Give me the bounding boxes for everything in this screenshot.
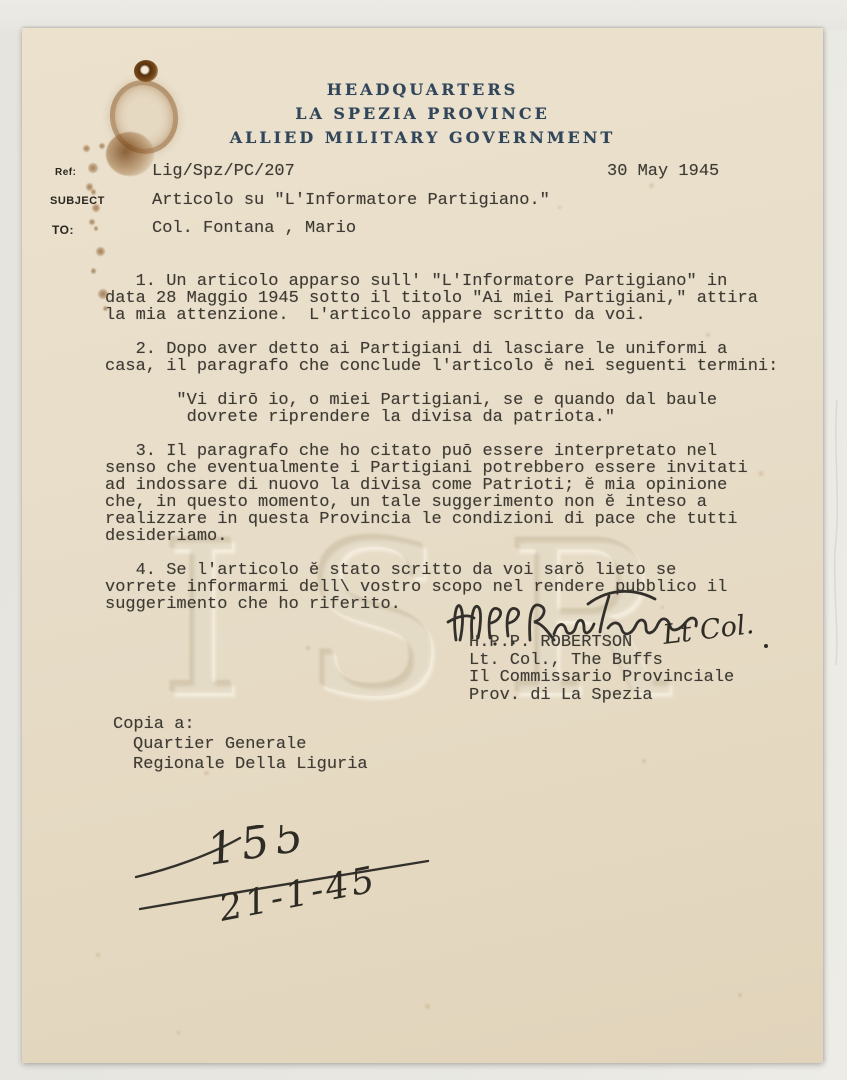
letterhead-line-3: ALLIED MILITARY GOVERNMENT: [22, 126, 823, 150]
archival-note: 155 21-1-45: [122, 825, 462, 945]
signer-office: Prov. di La Spezia: [469, 687, 734, 705]
letter-body: 1. Un articolo apparso sull' "L'Informat…: [105, 273, 805, 630]
backing-sheet-pencil-marks: [829, 390, 845, 670]
signer-title: Il Commissario Provinciale: [469, 669, 734, 687]
body-paragraph-2: 2. Dopo aver detto ai Partigiani di lasc…: [105, 341, 805, 375]
letterhead: HEADQUARTERS LA SPEZIA PROVINCE ALLIED M…: [22, 78, 823, 150]
body-paragraph-1: 1. Un articolo apparso sull' "L'Informat…: [105, 273, 805, 324]
date-value: 30 May 1945: [607, 163, 719, 180]
subject-row: SUBJECT Articolo su "L'Informatore Parti…: [22, 192, 823, 212]
subject-label: SUBJECT: [50, 195, 105, 207]
copies-label: Copia a:: [113, 715, 368, 735]
copies-block: Copia a: Quartier Generale Regionale Del…: [113, 715, 368, 775]
letterhead-line-2: LA SPEZIA PROVINCE: [22, 102, 823, 126]
typed-signature-block: H.P.P. ROBERTSON Lt. Col., The Buffs Il …: [469, 634, 734, 704]
signer-name: H.P.P. ROBERTSON: [469, 634, 734, 652]
ref-value: Lig/Spz/PC/207: [152, 163, 295, 180]
body-paragraph-3: 3. Il paragrafo che ho citato puō essere…: [105, 443, 805, 545]
ref-label: Ref:: [55, 167, 76, 178]
to-row: TO: Col. Fontana , Mario: [22, 220, 823, 240]
letterhead-line-1: HEADQUARTERS: [22, 78, 823, 102]
ref-row: Ref: Lig/Spz/PC/207 30 May 1945: [22, 163, 823, 183]
letter-page: ISR HEADQUARTERS LA SPEZIA PROVINCE ALLI…: [22, 28, 823, 1063]
body-quote: "Vi dirō io, o miei Partigiani, se e qua…: [105, 392, 805, 426]
to-label: TO:: [52, 223, 74, 237]
copies-recipient-1: Quartier Generale: [113, 735, 368, 755]
handwritten-period: [764, 644, 768, 648]
signer-rank: Lt. Col., The Buffs: [469, 652, 734, 670]
to-value: Col. Fontana , Mario: [152, 220, 356, 237]
subject-value: Articolo su "L'Informatore Partigiano.": [152, 192, 550, 209]
copies-recipient-2: Regionale Della Liguria: [113, 755, 368, 775]
archival-numerator: 155: [204, 825, 313, 876]
scanner-background: [0, 0, 847, 30]
